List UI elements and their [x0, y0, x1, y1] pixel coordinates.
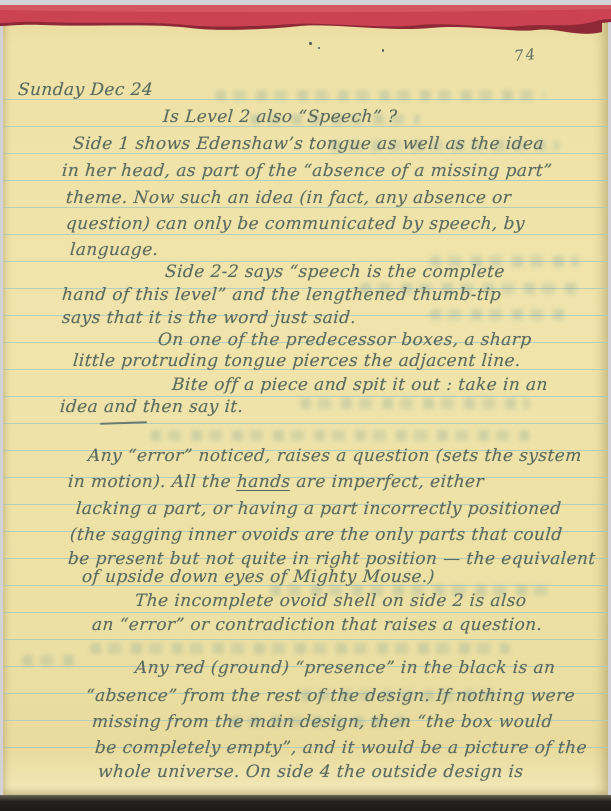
handwritten-line: little protruding tongue pierces the adj… [72, 351, 521, 371]
handwritten-line: Side 2-2 says “speech is the complete [164, 262, 505, 282]
handwritten-line: hand of this level” and the lengthened t… [61, 285, 502, 305]
underlined-word: hands [236, 472, 291, 492]
handwritten-line: Is Level 2 also “Speech” ? [162, 107, 398, 127]
handwritten-line: missing from the main design, then “the … [91, 712, 553, 732]
bleedthrough-text [300, 398, 530, 409]
bleedthrough-text [22, 655, 77, 666]
notebook-page-scan: 74 Sunday Dec 24 Is Level 2 also “Speech… [0, 0, 611, 811]
handwritten-line: in her head, as part of the “absence of … [61, 161, 553, 181]
handwritten-line: be completely empty”, and it would be a … [94, 738, 587, 758]
ink-dot [318, 47, 320, 49]
handwritten-line: whole universe. On side 4 the outside de… [97, 762, 524, 782]
handwritten-line: Any red (ground) “presence” in the black… [134, 658, 556, 678]
handwritten-line: “absence” from the rest of the design. I… [85, 686, 575, 706]
handwritten-line: idea and then say it. [59, 397, 244, 417]
handwritten-line: question) can only be communicated by sp… [65, 214, 525, 234]
handwritten-line: On one of the predecessor boxes, a sharp [157, 330, 532, 350]
ink-dot [382, 49, 384, 52]
handwritten-line: lacking a part, or having a part incorre… [75, 499, 562, 519]
bleedthrough-text [215, 90, 545, 101]
handwritten-line: an “error” or contradiction that raises … [91, 615, 543, 635]
handwritten-line: Any “error” noticed, raises a question (… [87, 446, 582, 466]
bleedthrough-text [90, 643, 510, 654]
handwritten-line: in motion). All the hands are imperfect,… [67, 472, 484, 492]
scan-edge-shadow [0, 795, 611, 811]
ink-dot [309, 42, 312, 45]
handwritten-line: Side 1 shows Edenshaw’s tongue as well a… [72, 134, 544, 154]
red-binding-strip [0, 0, 611, 46]
handwritten-line: says that it is the word just said. [61, 308, 357, 328]
line-text: are imperfect, either [290, 472, 485, 492]
handwritten-line: Bite off a piece and spit it out : take … [171, 375, 548, 395]
bleedthrough-text [430, 309, 570, 320]
handwritten-line: theme. Now such an idea (in fact, any ab… [65, 188, 512, 208]
handwritten-line: language. [69, 240, 159, 260]
handwritten-line: (the sagging inner ovoids are the only p… [69, 525, 563, 545]
handwritten-line: of upside down eyes of Mighty Mouse.) [81, 567, 435, 587]
handwritten-line: be present but not quite in right positi… [67, 549, 596, 569]
date-heading: Sunday Dec 24 [17, 80, 153, 100]
line-text: in motion). All the [67, 472, 237, 492]
bleedthrough-text [150, 430, 530, 441]
page-number: 74 [513, 45, 538, 65]
handwritten-line: The incomplete ovoid shell on side 2 is … [134, 591, 527, 611]
